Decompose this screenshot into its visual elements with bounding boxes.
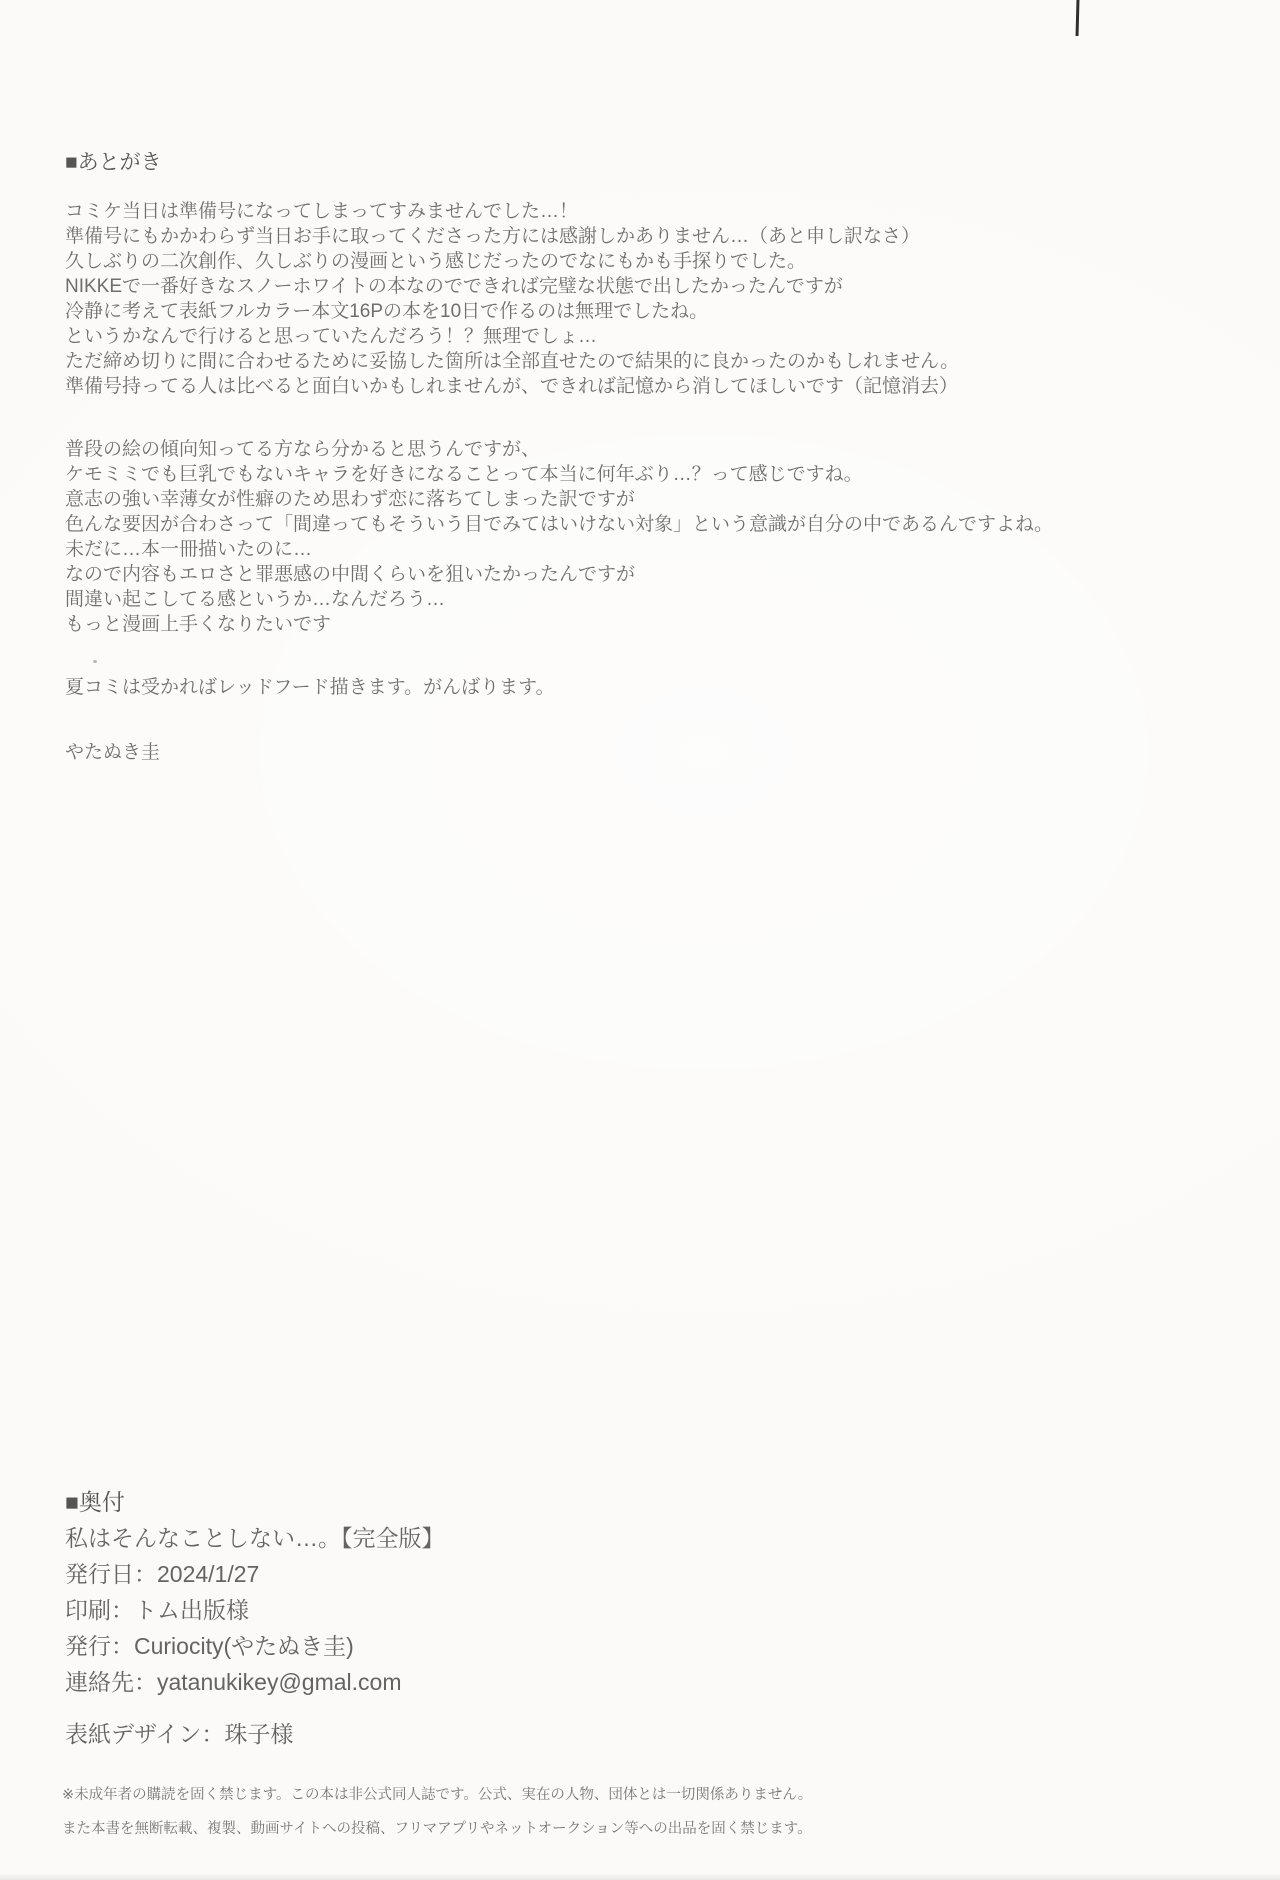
afterword-paragraph-2: 普段の絵の傾向知ってる方なら分かると思うんですが、ケモミミでも巨乳でもないキャラ… — [65, 437, 1245, 637]
text-line: 冷静に考えて表紙フルカラー本文16Pの本を10日で作るのは無理でしたね。 — [65, 299, 1245, 324]
text-line: 間違い起こしてる感というか…なんだろう… — [65, 587, 1245, 612]
book-title: 私はそんなことしない…。【完全版】 — [65, 1520, 1245, 1556]
text-line: また本書を無断転載、複製、動画サイトへの投稿、フリマアプリやネットオークション等… — [62, 1812, 1245, 1846]
afterword-header: ■あとがき — [65, 150, 1245, 175]
author-signature: やたぬき圭 — [65, 740, 1245, 765]
afterword-closing: 夏コミは受かればレッドフード描きます。がんばります。 — [65, 675, 1245, 700]
text-line: 印刷：トム出版様 — [65, 1592, 1245, 1628]
text-line: 準備号持ってる人は比べると面白いかもしれませんが、できれば記憶から消してほしいで… — [65, 374, 1245, 399]
text-line: 発行：Curiocity(やたぬき圭) — [65, 1628, 1245, 1664]
text-line: 久しぶりの二次創作、久しぶりの漫画という感じだったのでなにもかも手探りでした。 — [65, 249, 1245, 274]
text-line: ケモミミでも巨乳でもないキャラを好きになることって本当に何年ぶり…？って感じです… — [65, 462, 1245, 487]
scanned-page: ■あとがき コミケ当日は準備号になってしまってすみませんでした…！準備号にもかか… — [0, 0, 1280, 1880]
afterword-section: ■あとがき コミケ当日は準備号になってしまってすみませんでした…！準備号にもかか… — [65, 150, 1245, 765]
text-line: もっと漫画上手くなりたいです — [65, 612, 1245, 637]
text-line: 普段の絵の傾向知ってる方なら分かると思うんですが、 — [65, 437, 1245, 462]
colophon-info: 発行日：2024/1/27印刷：トム出版様発行：Curiocity(やたぬき圭)… — [65, 1556, 1245, 1700]
text-line: 未だに…本一冊描いたのに… — [65, 537, 1245, 562]
cover-design-credit: 表紙デザイン：珠子様 — [65, 1716, 1245, 1752]
colophon-header: ■奥付 — [65, 1484, 1245, 1520]
colophon-section: ■奥付 私はそんなことしない…。【完全版】 発行日：2024/1/27印刷：トム… — [65, 1484, 1245, 1846]
text-line: 色んな要因が合わさって「間違ってもそういう目でみてはいけない対象」という意識が自… — [65, 512, 1245, 537]
text-line: 連絡先：yatanukikey@gmal.com — [65, 1664, 1245, 1700]
afterword-paragraph-1: コミケ当日は準備号になってしまってすみませんでした…！準備号にもかかわらず当日お… — [65, 199, 1245, 399]
text-line: NIKKEで一番好きなスノーホワイトの本なのでできれば完璧な状態で出したかったん… — [65, 274, 1245, 299]
text-line: なので内容もエロさと罪悪感の中間くらいを狙いたかったんですが — [65, 562, 1245, 587]
text-line: コミケ当日は準備号になってしまってすみませんでした…！ — [65, 199, 1245, 224]
text-line: 発行日：2024/1/27 — [65, 1556, 1245, 1592]
text-line: というかなんで行けると思っていたんだろう！？無理でしょ… — [65, 324, 1245, 349]
legal-notice: ※未成年者の購読を固く禁じます。この本は非公式同人誌です。公式、実在の人物、団体… — [62, 1778, 1245, 1846]
text-line: ※未成年者の購読を固く禁じます。この本は非公式同人誌です。公式、実在の人物、団体… — [62, 1778, 1245, 1812]
text-line: 準備号にもかかわらず当日お手に取ってくださった方には感謝しかありません…（あと申… — [65, 224, 1245, 249]
scan-artifact-line — [1076, 0, 1080, 36]
text-line: 意志の強い幸薄女が性癖のため思わず恋に落ちてしまった訳ですが — [65, 487, 1245, 512]
text-line: ただ締め切りに間に合わせるために妥協した箇所は全部直せたので結果的に良かったのか… — [65, 349, 1245, 374]
